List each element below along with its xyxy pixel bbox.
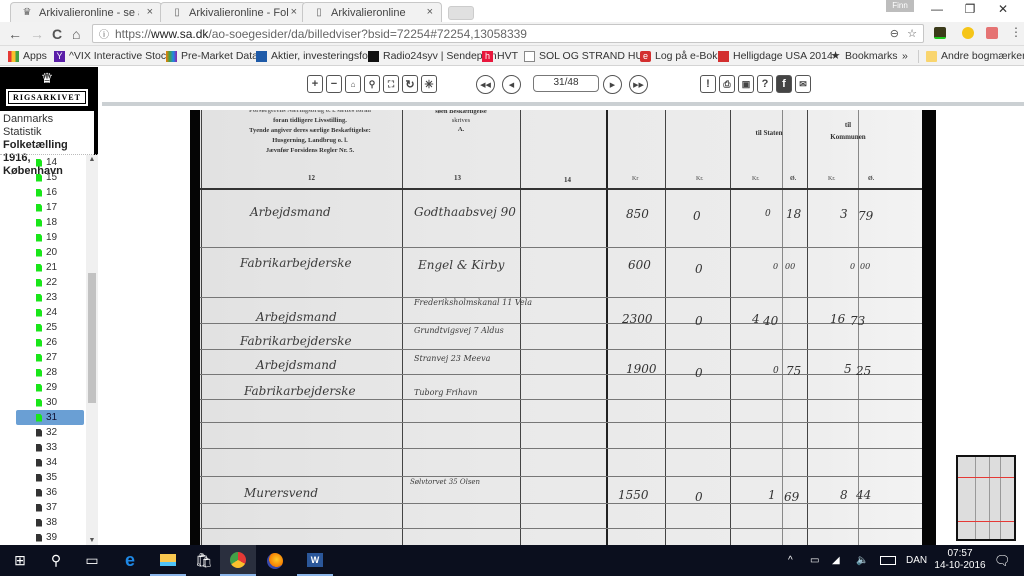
address-bar[interactable]: ⓘ https:// www.sa.dk /ao-soegesider/da/b… (92, 24, 924, 43)
tray-power[interactable]: ▭ (810, 545, 819, 576)
home-button[interactable]: ⌂ (72, 26, 80, 42)
minimap-rule (989, 457, 990, 539)
bookmark-apps[interactable]: Apps (8, 50, 47, 62)
header-til-staten: til Staten (732, 128, 806, 138)
zoom-icon[interactable]: ⊖ (890, 27, 899, 40)
bookmark-label: Bookmarks (845, 50, 898, 62)
document-icon (36, 534, 42, 542)
close-icon[interactable]: × (291, 6, 297, 18)
fit-to-screen-button[interactable]: ⛶ (383, 75, 399, 93)
close-icon[interactable]: × (147, 6, 153, 18)
page-tree: 1415161718192021222324252627282930313233… (0, 154, 98, 545)
bookmark-label: Radio24syv | Sendeplan (383, 50, 497, 62)
page-number-label: 15 (46, 172, 57, 183)
save-button[interactable]: ▣ (738, 75, 754, 93)
page-list-item[interactable]: 21 (0, 260, 86, 275)
chrome-icon (230, 552, 246, 568)
viewed-document-icon (36, 354, 42, 362)
column-number-12: 12 (308, 174, 315, 182)
previous-page-button[interactable]: ◀ (502, 75, 521, 94)
page-number-label: 18 (46, 217, 57, 228)
bookmarks-divider (918, 50, 919, 63)
viewed-document-icon (36, 399, 42, 407)
viewed-document-icon (36, 294, 42, 302)
page-list-item[interactable]: 23 (0, 290, 86, 305)
income-cell: 1550 (618, 488, 649, 502)
census-page-scan[interactable]: Forsørgerens Næringsbrug o. l. sættes fo… (190, 110, 936, 545)
chart-icon (256, 51, 267, 62)
scan-paper: Forsørgerens Næringsbrug o. l. sættes fo… (200, 110, 922, 545)
extension-pdf-icon[interactable] (986, 27, 998, 39)
brightness-icon: ✳ (424, 78, 433, 91)
other-bookmarks-folder[interactable]: Andre bogmærker (926, 50, 1024, 62)
header-col12-line: Tyende angiver deres særlige Beskæftigel… (220, 126, 400, 136)
page-list-item[interactable]: 37 (0, 500, 86, 515)
eboks-icon: e (640, 51, 651, 62)
page-number-label: 23 (46, 292, 57, 303)
info-icon[interactable]: ⓘ (99, 26, 109, 41)
viewed-document-icon (36, 339, 42, 347)
tax-state-kr: 0 (773, 366, 779, 376)
reload-button[interactable]: C (52, 26, 62, 42)
capital-cell: 0 (695, 314, 703, 328)
page-list-item[interactable]: 19 (0, 230, 86, 245)
page-list-item[interactable]: 32 (0, 425, 86, 440)
header-rule (200, 188, 922, 190)
archive-creator: Danmarks Statistik (3, 113, 91, 139)
unit-kr: Kr. (828, 176, 836, 182)
document-icon (36, 489, 42, 497)
page-list-item[interactable]: 28 (0, 365, 86, 380)
archive-sidebar: ♛ RIGSARKIVET Danmarks Statistik Folketæ… (0, 67, 98, 545)
radio-icon (368, 51, 379, 62)
page-list: 1415161718192021222324252627282930313233… (0, 155, 86, 546)
tab-label: Arkivalieronline (331, 7, 431, 19)
occupation-cell: Fabrikarbejderske (240, 334, 352, 348)
viewed-document-icon (36, 249, 42, 257)
header-col12-line: Jævnfør Forsidens Regler Nr. 5. (220, 146, 400, 156)
unit-kr: Kr. (696, 176, 704, 182)
page-list-item[interactable]: 20 (0, 245, 86, 260)
apps-grid-icon (8, 51, 19, 62)
header-col13-letter: A. (404, 125, 518, 135)
workplace-cell: Godthaabsvej 90 (414, 205, 516, 219)
tab-label: Arkivalieronline - Folketæ (189, 7, 289, 19)
tax-municipal-kr: 8 (840, 488, 848, 502)
tax-state-ore: 75 (786, 364, 801, 378)
page-list-item[interactable]: 39 (0, 530, 86, 545)
browser-tab-strip: ♛ Arkivalieronline - se arkiv × ▯ Arkiva… (0, 0, 1024, 22)
income-cell: 600 (628, 258, 651, 272)
action-center-button[interactable]: 🗨 (994, 545, 1011, 576)
windows-taskbar: ⊞ ⚲ ▭ e 🛍 W ^ ▭ ◢ 🔈 DAN 07:57 14-10-2016… (0, 545, 1024, 576)
rule (201, 110, 202, 545)
row-rule (200, 476, 922, 477)
brightness-button[interactable]: ✳ (421, 75, 437, 93)
email-button[interactable]: ✉ (795, 75, 811, 93)
language-indicator: DAN (906, 555, 927, 566)
next-page-button[interactable]: ▶ (603, 75, 622, 94)
page-list-item[interactable]: 24 (0, 305, 86, 320)
page-number-label: 32 (46, 427, 57, 438)
search-button[interactable]: ⚲ (38, 545, 74, 576)
page-list-item[interactable]: 38 (0, 515, 86, 530)
unit-ore: Ø. (868, 176, 874, 182)
row-rule (200, 503, 922, 504)
rule (807, 110, 808, 545)
edge-icon: e (125, 550, 135, 571)
workplace-cell: Stranvej 23 Meeva (414, 354, 490, 363)
occupation-cell: Murersvend (244, 486, 318, 500)
row-rule (200, 374, 922, 375)
tax-municipal-ore: 79 (858, 209, 873, 223)
tab-label: Arkivalieronline - se arkiv (39, 7, 139, 19)
url-path: /ao-soegesider/da/billedviser?bsid=72254… (208, 27, 527, 41)
income-cell: 2300 (622, 312, 653, 326)
page-list-item[interactable]: 34 (0, 455, 86, 470)
new-tab-button[interactable] (448, 6, 474, 20)
row-rule (200, 448, 922, 449)
bookmark-bookmarks[interactable]: ★ Bookmarks (830, 50, 898, 62)
page-number-label: 34 (46, 457, 57, 468)
occupation-cell: Arbejdsmand (250, 205, 331, 219)
page-minimap[interactable] (956, 455, 1016, 541)
tax-state-ore: 40 (763, 314, 778, 328)
page-list-item[interactable]: 36 (0, 485, 86, 500)
page-number-label: 14 (46, 157, 57, 168)
document-icon (36, 474, 42, 482)
image-viewer[interactable]: Forsørgerens Næringsbrug o. l. sættes fo… (102, 110, 1024, 545)
facebook-share-button[interactable]: f (776, 75, 792, 93)
task-view-icon: ▭ (85, 552, 98, 569)
viewed-document-icon (36, 189, 42, 197)
bookmark-radio24syv[interactable]: Radio24syv | Sendeplan (368, 50, 497, 62)
page-number-label: 33 (46, 442, 57, 453)
page-number-input[interactable]: 31/48 (533, 75, 599, 92)
document-icon (36, 519, 42, 527)
bookmark-label: Pre-Market Data (181, 50, 258, 62)
page-list-item[interactable]: 25 (0, 320, 86, 335)
workplace-cell: Frederiksholmskanal 11 Vela (414, 298, 532, 307)
tax-state-kr: 1 (768, 488, 776, 502)
capital-cell: 0 (695, 262, 703, 276)
taskbar-firefox[interactable] (257, 545, 293, 576)
page-number-label: 20 (46, 247, 57, 258)
report-error-button[interactable]: ! (700, 75, 716, 93)
rigsarkivet-logo[interactable]: ♛ RIGSARKIVET (0, 67, 94, 111)
column-number-13: 13 (454, 174, 461, 182)
save-icon: ▣ (742, 79, 751, 90)
windows-logo-icon: ⊞ (14, 552, 26, 569)
page-list-item[interactable]: 29 (0, 380, 86, 395)
workplace-cell: Engel & Kirby (418, 258, 504, 272)
tray-volume[interactable]: 🔈 (856, 545, 868, 576)
crown-icon: ♛ (21, 7, 33, 19)
viewed-document-icon (36, 369, 42, 377)
bookmark-pre-market[interactable]: Pre-Market Data (166, 50, 258, 62)
clock-date: 14-10-2016 (934, 560, 986, 572)
tax-municipal-ore: 00 (860, 262, 870, 271)
magnifier-icon: ⚲ (369, 79, 376, 90)
tax-municipal-kr: 0 (850, 262, 855, 271)
bookmark-sol-og-strand[interactable]: SOL OG STRAND HUS (524, 50, 650, 62)
tab-arkivalieronline-active[interactable]: ▯ Arkivalieronline × (302, 2, 442, 22)
page-number-label: 27 (46, 352, 57, 363)
url-host: www.sa.dk (151, 27, 208, 41)
bookmark-aktier[interactable]: Aktier, investeringsfor (256, 50, 371, 62)
tax-state-ore: 18 (786, 207, 801, 221)
page-number-label: 30 (46, 397, 57, 408)
viewed-document-icon (36, 204, 42, 212)
page-list-item[interactable]: 33 (0, 440, 86, 455)
bookmark-label: Log på e-Boks (655, 50, 723, 62)
minimap-viewport-bottom (958, 521, 1014, 522)
page-icon: ▯ (171, 7, 183, 19)
bookmark-hvt[interactable]: h HVT (482, 50, 518, 62)
tab-arkivalieronline-se-arkiv[interactable]: ♛ Arkivalieronline - se arkiv × (10, 2, 162, 22)
page-number-label: 19 (46, 232, 57, 243)
viewed-document-icon (36, 219, 42, 227)
page-number-label: 25 (46, 322, 57, 333)
page-number-label: 31 (46, 412, 57, 423)
page-list-item[interactable]: 22 (0, 275, 86, 290)
star-icon: ★ (830, 51, 841, 62)
page-number-label: 29 (46, 382, 57, 393)
row-rule (200, 349, 922, 350)
viewed-document-icon (36, 159, 42, 167)
bookmark-label: ^VIX Interactive Stock (69, 50, 171, 62)
bookmark-label: HVT (497, 50, 518, 62)
unit-kr: Kr (632, 176, 638, 182)
tax-municipal-ore: 73 (850, 314, 865, 328)
browser-toolbar: ← → C ⌂ ⓘ https:// www.sa.dk /ao-soegesi… (0, 22, 1024, 46)
rule (606, 110, 608, 545)
viewed-document-icon (36, 264, 42, 272)
viewed-document-icon (36, 324, 42, 332)
taskbar-word[interactable]: W (297, 545, 333, 576)
keyboard-icon (880, 556, 896, 565)
taskbar-chrome[interactable] (220, 545, 256, 576)
chevron-up-icon: ^ (788, 555, 793, 566)
tax-municipal-kr: 16 (830, 312, 845, 326)
row-rule (200, 422, 922, 423)
page-list-item[interactable]: 15 (0, 170, 86, 185)
bookmark-star-icon[interactable]: ☆ (907, 27, 917, 40)
page-list-item[interactable]: 17 (0, 200, 86, 215)
page-list-item[interactable]: 31 (16, 410, 84, 425)
nbc-peacock-icon (166, 51, 177, 62)
bookmark-helligdage[interactable]: Helligdage USA 2014 (718, 50, 833, 62)
zoom-out-button[interactable]: − (326, 75, 342, 93)
page-number-label: 22 (46, 277, 57, 288)
scrollbar-thumb[interactable] (88, 273, 96, 403)
last-page-button[interactable]: ▶▶ (629, 75, 648, 94)
search-icon: ⚲ (51, 552, 61, 569)
tab-arkivalieronline-folketaelling[interactable]: ▯ Arkivalieronline - Folketæ × (160, 2, 306, 22)
page-list-item[interactable]: 35 (0, 470, 86, 485)
extension-norton-icon[interactable] (934, 27, 946, 39)
tray-network[interactable]: ◢ (832, 545, 840, 576)
page-icon: ▯ (313, 7, 325, 19)
page-list-scrollbar[interactable]: ▲ ▼ (86, 155, 98, 546)
print-button[interactable]: ⎙ (719, 75, 735, 93)
first-page-button[interactable]: ◀◀ (476, 75, 495, 94)
close-icon[interactable]: × (427, 6, 433, 18)
income-cell: 1900 (626, 362, 657, 376)
wifi-icon: ◢ (832, 555, 840, 566)
page-number-label: 35 (46, 472, 57, 483)
rule (520, 110, 521, 545)
page-number-label: 36 (46, 487, 57, 498)
menu-icon[interactable]: ⋮ (1010, 25, 1022, 39)
column-number-14: 14 (564, 176, 571, 184)
bookmarks-bar: Apps Y ^VIX Interactive Stock Pre-Market… (0, 46, 1024, 66)
zoom-in-button[interactable]: + (307, 75, 323, 93)
occupation-cell: Fabrikarbejderske (244, 384, 356, 398)
tax-municipal-ore: 25 (856, 364, 871, 378)
extension-honey-icon[interactable] (962, 27, 974, 39)
firefox-icon (267, 553, 283, 569)
viewed-document-icon (36, 309, 42, 317)
store-icon: 🛍 (195, 552, 213, 569)
start-button[interactable]: ⊞ (2, 545, 38, 576)
tax-state-kr: 4 (752, 312, 760, 326)
page-number-label: 21 (46, 262, 57, 273)
capital-cell: 0 (693, 209, 701, 223)
rule (730, 110, 731, 545)
tray-clock[interactable]: 07:57 14-10-2016 (934, 548, 986, 572)
rotate-button[interactable]: ↻ (402, 75, 418, 93)
bookmark-vix[interactable]: Y ^VIX Interactive Stock (54, 50, 171, 62)
taskbar-edge[interactable]: e (112, 545, 148, 576)
document-icon (36, 444, 42, 452)
word-icon: W (307, 553, 323, 567)
battery-icon: ▭ (810, 555, 819, 566)
bookmark-label: Aktier, investeringsfor (271, 50, 371, 62)
close-window-button[interactable]: ✕ (988, 2, 1018, 16)
page-list-item[interactable]: 30 (0, 395, 86, 410)
minimap-page-thumbnail (958, 457, 1014, 539)
header-col12-line: foran tidligere Livsstilling. (220, 116, 400, 126)
viewed-document-icon (36, 384, 42, 392)
workplace-cell: Tuborg Frihavn (414, 388, 477, 397)
lock-button[interactable]: ⌂ (345, 75, 361, 93)
magnifier-button[interactable]: ⚲ (364, 75, 380, 93)
occupation-cell: Arbejdsmand (256, 358, 337, 372)
bookmark-label: Andre bogmærker (941, 50, 1024, 62)
page-list-item[interactable]: 26 (0, 335, 86, 350)
page-icon (524, 51, 535, 62)
row-rule (200, 528, 922, 529)
header-col12-line: Husgerning, Landbrug o. l. (220, 136, 400, 146)
notification-icon: 🗨 (994, 553, 1011, 569)
viewed-document-icon (36, 174, 42, 182)
lock-icon: ⌂ (351, 80, 356, 89)
restore-button[interactable]: ❐ (955, 2, 985, 16)
minimap-rule (975, 457, 976, 539)
rule (665, 110, 666, 545)
viewer-toolbar: + − ⌂ ⚲ ⛶ ↻ ✳ ◀◀ ◀ 31/48 ▶ ▶▶ ! ⎙ ▣ ? f … (102, 67, 1024, 106)
bookmark-e-boks[interactable]: e Log på e-Boks (640, 50, 723, 62)
email-icon: ✉ (799, 79, 807, 90)
viewed-document-icon (36, 234, 42, 242)
print-icon: ⎙ (723, 79, 730, 90)
file-explorer-icon (160, 554, 176, 566)
tax-state-ore: 00 (785, 262, 795, 271)
rule (402, 110, 403, 545)
task-view-button[interactable]: ▭ (74, 545, 110, 576)
tax-state-ore: 69 (784, 490, 799, 504)
minimap-viewport-top (958, 477, 1014, 478)
row-rule (200, 247, 922, 248)
bookmark-label: Apps (23, 50, 47, 62)
row-rule (200, 399, 922, 400)
workplace-cell: Sølvtorvet 35 Olsen (410, 478, 480, 486)
taskbar-store[interactable]: 🛍 (186, 545, 222, 576)
help-button[interactable]: ? (757, 75, 773, 93)
unit-kr: Kr. (752, 176, 760, 182)
scroll-up-arrow-icon[interactable]: ▲ (86, 155, 98, 165)
bookmark-label: Helligdage USA 2014 (733, 50, 833, 62)
page-list-item[interactable]: 14 (0, 155, 86, 170)
page-list-item[interactable]: 27 (0, 350, 86, 365)
page-list-item[interactable]: 18 (0, 215, 86, 230)
hvt-icon: h (482, 51, 493, 62)
tray-overflow-chevron[interactable]: ^ (788, 545, 793, 576)
page-number-label: 24 (46, 307, 57, 318)
page-number-label: 39 (46, 532, 57, 543)
tax-municipal-ore: 44 (856, 488, 871, 502)
speaker-icon: 🔈 (856, 555, 868, 566)
logo-wordmark: RIGSARKIVET (6, 89, 88, 106)
workplace-cell: Grundtvigsvej 7 Aldus (414, 326, 504, 335)
occupation-cell: Arbejdsmand (256, 310, 337, 324)
forward-button[interactable]: → (30, 26, 44, 42)
header-kommunen: Kommunen (808, 132, 888, 142)
page-number-label: 16 (46, 187, 57, 198)
taskbar-file-explorer[interactable] (150, 545, 186, 576)
bookmarks-overflow-button[interactable]: » (902, 50, 908, 62)
document-icon (36, 429, 42, 437)
tax-municipal-kr: 3 (840, 207, 848, 221)
tray-touch-keyboard[interactable] (880, 545, 896, 576)
minimap-rule (1000, 457, 1001, 539)
fullscreen-icon: ⛶ (388, 79, 394, 90)
page-list-item[interactable]: 16 (0, 185, 86, 200)
back-button[interactable]: ← (8, 26, 22, 42)
url-scheme: https:// (115, 27, 151, 41)
viewed-document-icon (36, 414, 42, 422)
tax-state-kr: 0 (773, 262, 778, 271)
page-number-label: 26 (46, 337, 57, 348)
calendar-icon (718, 51, 729, 62)
unit-ore: Ø. (790, 176, 796, 182)
tax-municipal-kr: 5 (844, 362, 852, 376)
viewed-document-icon (36, 279, 42, 287)
capital-cell: 0 (695, 490, 703, 504)
clock-time: 07:57 (934, 548, 986, 560)
rule (782, 110, 783, 545)
tray-language[interactable]: DAN (906, 545, 927, 576)
document-icon (36, 459, 42, 467)
income-cell: 850 (626, 207, 649, 221)
bookmark-label: SOL OG STRAND HUS (539, 50, 650, 62)
minimize-button[interactable]: — (922, 2, 952, 16)
page-number-label: 37 (46, 502, 57, 513)
page-number-label: 17 (46, 202, 57, 213)
profile-badge[interactable]: Finn (886, 0, 914, 12)
tax-state-kr: 0 (765, 209, 771, 219)
